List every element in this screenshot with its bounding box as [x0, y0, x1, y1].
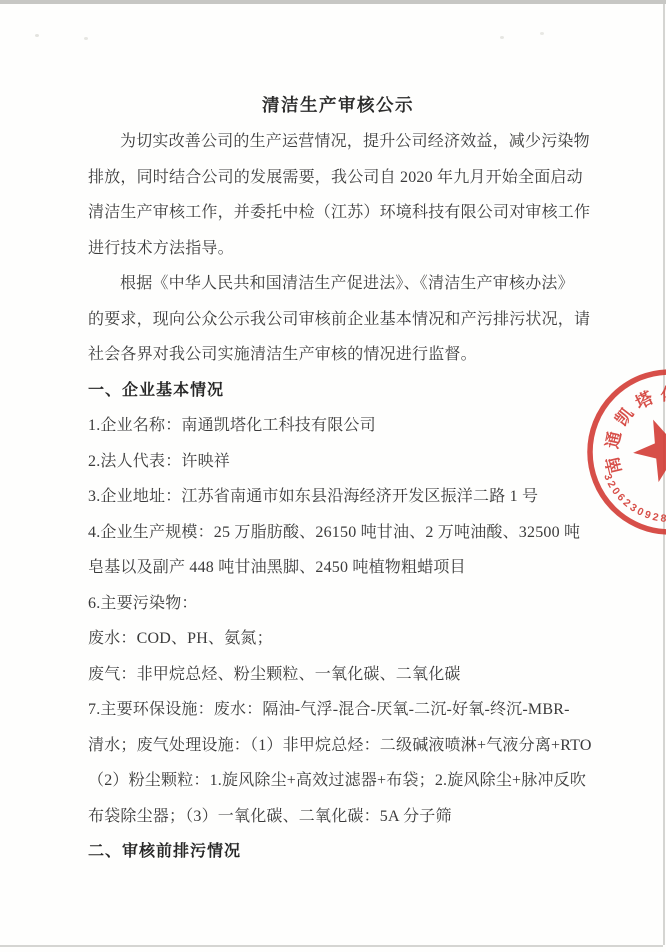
scanned-document-page: 清洁生产审核公示 为切实改善公司的生产运营情况，提升公司经济效益，减少污染物 排…: [0, 0, 666, 952]
stamp-code-number: 3206230928: [601, 472, 666, 525]
company-seal-stamp: 南通凯塔化工科技有限公司 3206230928: [556, 352, 666, 562]
page-title: 清洁生产审核公示: [88, 90, 588, 120]
production-scale-line: 4.企业生产规模：25 万脂肪酸、26150 吨甘油、2 万吨油酸、32500 …: [88, 515, 588, 551]
intro-paragraph-line: 清洁生产审核工作，并委托中检（江苏）环境科技有限公司对审核工作: [88, 195, 588, 231]
basis-paragraph-line: 根据《中华人民共和国清洁生产促进法》、《清洁生产审核办法》: [88, 266, 588, 302]
production-scale-line: 皂基以及副产 448 吨甘油黑脚、2450 吨植物粗蜡项目: [88, 550, 588, 586]
intro-paragraph-line: 排放，同时结合公司的发展需要，我公司自 2020 年九月开始全面启动: [88, 160, 588, 196]
scan-bottom-edge: [0, 945, 663, 947]
main-pollutants-line: 6.主要污染物：: [88, 586, 588, 622]
section1-heading: 一、企业基本情况: [88, 373, 588, 409]
env-facilities-line: 清水；废气处理设施：（1）非甲烷总烃：二级碱液喷淋+气液分离+RTO: [88, 728, 588, 764]
basis-paragraph-line: 的要求，现向公众公示我公司审核前企业基本情况和产污排污状况，请: [88, 302, 588, 338]
env-facilities-line: 布袋除尘器；（3）一氧化碳、二氧化碳：5A 分子筛: [88, 799, 588, 835]
intro-paragraph-line: 进行技术方法指导。: [88, 231, 588, 267]
scan-noise-specks: [35, 34, 39, 37]
section2-heading: 二、审核前排污情况: [88, 834, 588, 870]
document-body: 清洁生产审核公示 为切实改善公司的生产运营情况，提升公司经济效益，减少污染物 排…: [88, 90, 588, 870]
legal-representative-line: 2.法人代表：许映祥: [88, 444, 588, 480]
intro-paragraph-line: 为切实改善公司的生产运营情况，提升公司经济效益，减少污染物: [88, 124, 588, 160]
basis-paragraph-line: 社会各界对我公司实施清洁生产审核的情况进行监督。: [88, 337, 588, 373]
company-address-line: 3.企业地址：江苏省南通市如东县沿海经济开发区振洋二路 1 号: [88, 479, 588, 515]
stamp-star-icon: [630, 416, 666, 484]
scan-top-edge: [0, 0, 666, 4]
company-name-line: 1.企业名称：南通凯塔化工科技有限公司: [88, 408, 588, 444]
waste-gas-line: 废气：非甲烷总烃、粉尘颗粒、一氧化碳、二氧化碳: [88, 657, 588, 693]
wastewater-line: 废水：COD、PH、氨氮；: [88, 621, 588, 657]
env-facilities-line: 7.主要环保设施：废水：隔油-气浮-混合-厌氧-二沉-好氧-终沉-MBR-: [88, 692, 588, 728]
env-facilities-line: （2）粉尘颗粒：1.旋风除尘+高效过滤器+布袋；2.旋风除尘+脉冲反吹: [88, 763, 588, 799]
stamp-company-name: 南通凯塔化工科技有限公司: [556, 352, 666, 476]
